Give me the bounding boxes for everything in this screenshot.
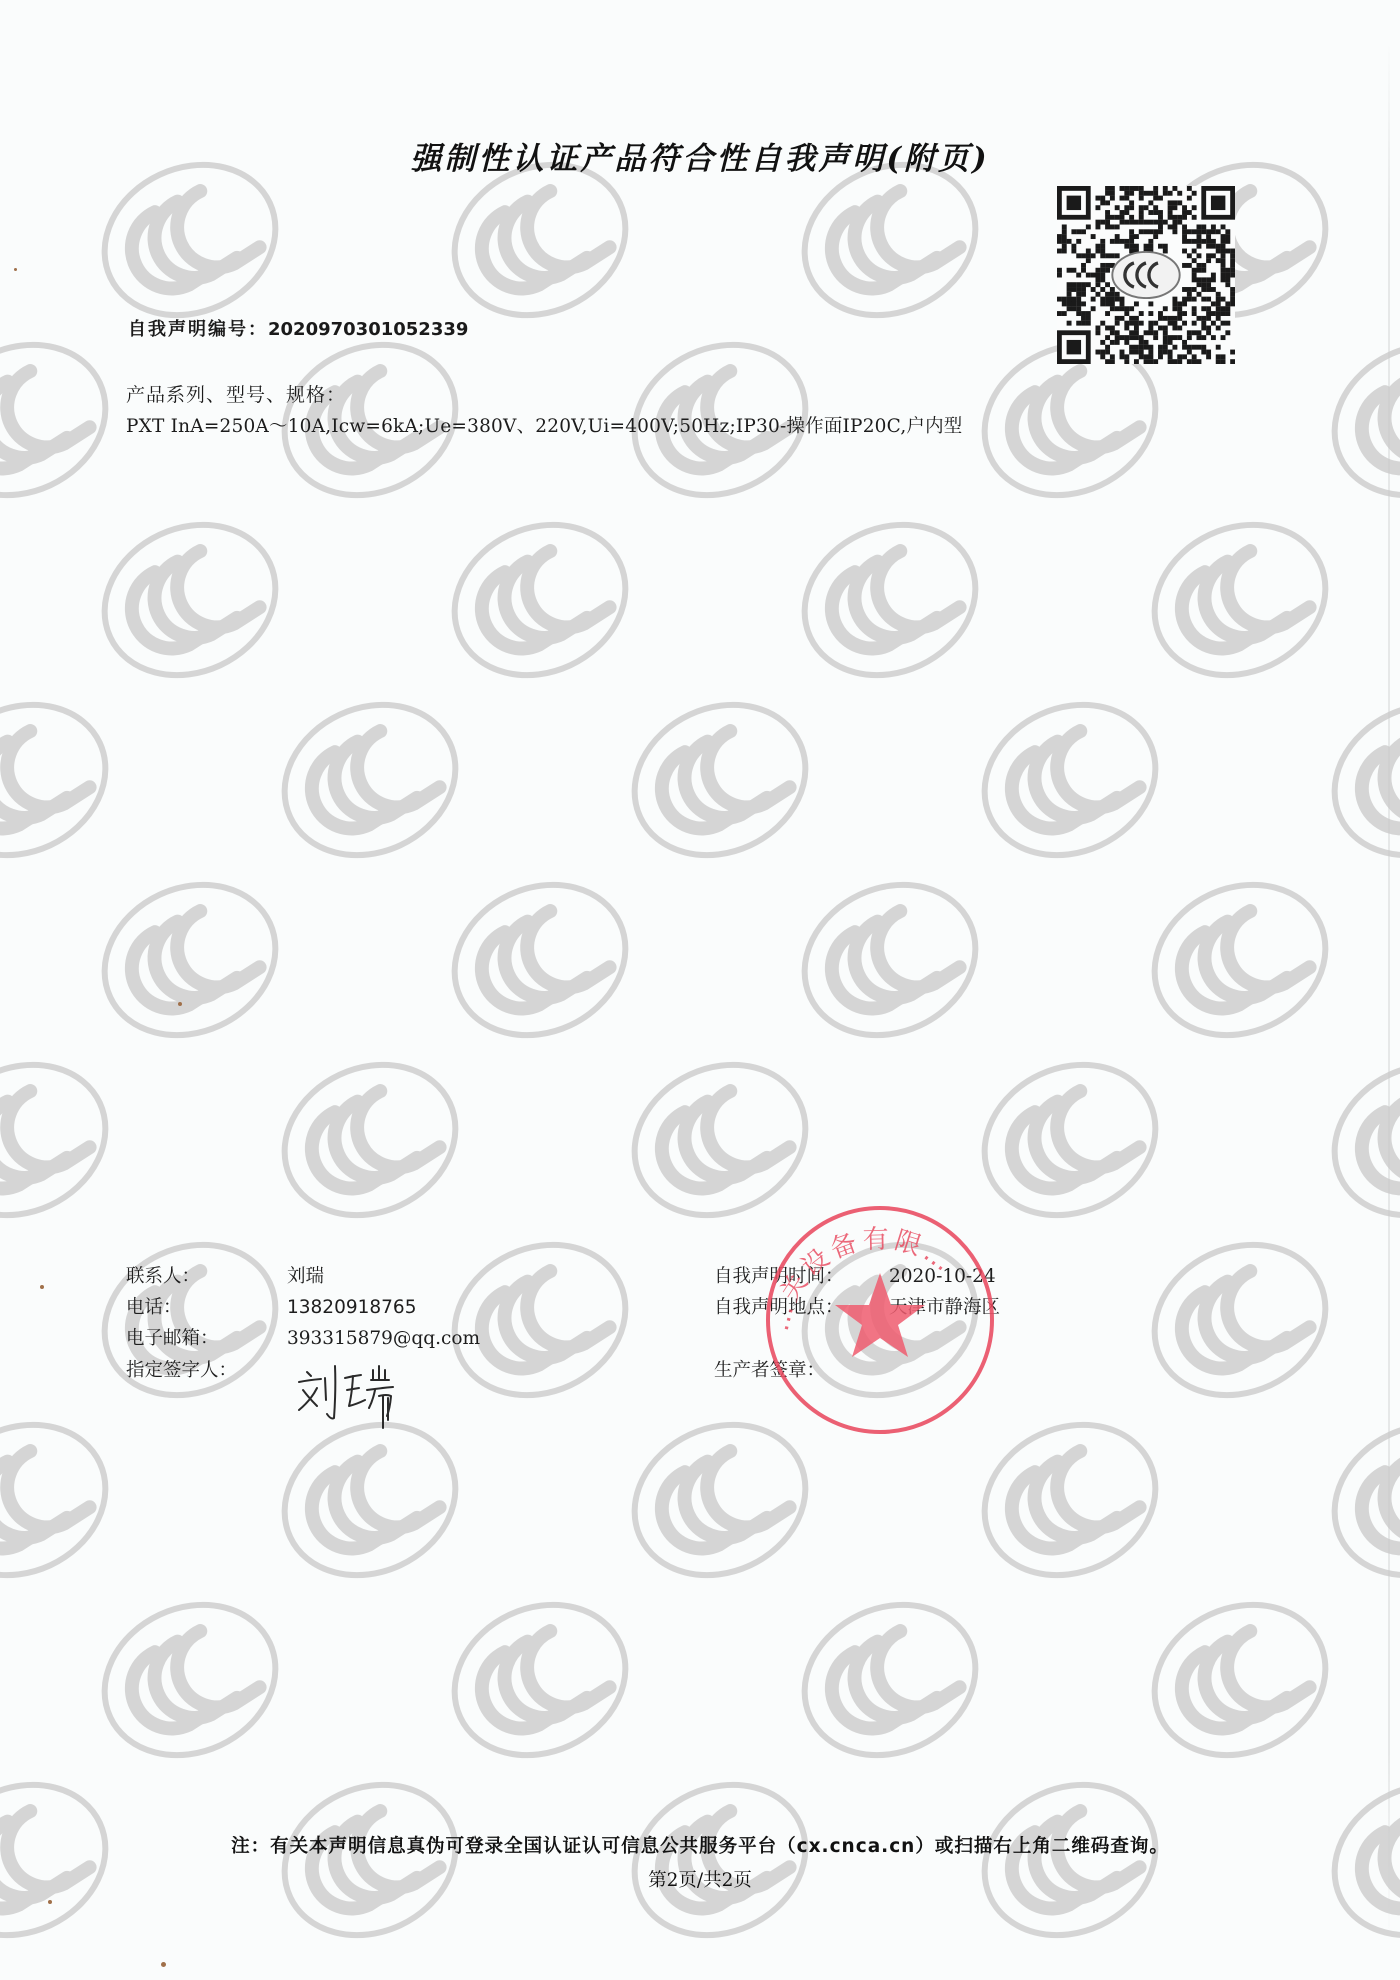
email-label: 电子邮箱： bbox=[126, 1324, 287, 1350]
contact-person: 刘瑞 bbox=[287, 1266, 324, 1287]
contact-person-label: 联系人： bbox=[126, 1262, 287, 1288]
ccc-logo-icon bbox=[1112, 252, 1179, 298]
page-number: 第2页/共2页 bbox=[0, 1866, 1400, 1892]
handwritten-signature bbox=[295, 1360, 415, 1430]
paper-speck bbox=[40, 1285, 44, 1289]
signatory-label: 指定签字人： bbox=[126, 1356, 287, 1382]
declaration-number-row: 自我声明编号：2020970301052339 bbox=[128, 315, 468, 341]
company-seal-stamp: …关设备有限… bbox=[755, 1195, 1005, 1445]
paper-speck bbox=[178, 1002, 182, 1006]
email-row: 电子邮箱：393315879@qq.com bbox=[126, 1324, 480, 1350]
phone: 13820918765 bbox=[287, 1297, 416, 1318]
paper-speck bbox=[14, 268, 17, 271]
declaration-number-label: 自我声明编号： bbox=[128, 319, 268, 340]
footer-note: 注：有关本声明信息真伪可登录全国认证认可信息公共服务平台（cx.cnca.cn）… bbox=[0, 1832, 1400, 1858]
signatory-row: 指定签字人： bbox=[126, 1356, 287, 1382]
paper-speck bbox=[161, 1962, 166, 1967]
qr-code[interactable] bbox=[1057, 186, 1235, 364]
email: 393315879@qq.com bbox=[287, 1328, 480, 1349]
document-page: 强制性认证产品符合性自我声明(附页) 自我声明编号：20209703010523… bbox=[0, 0, 1400, 1980]
phone-label: 电话： bbox=[126, 1293, 287, 1319]
seal-star-icon bbox=[835, 1273, 925, 1357]
product-spec-label: 产品系列、型号、规格： bbox=[126, 380, 346, 407]
page-edge bbox=[1388, 40, 1390, 1940]
product-spec-value: PXT InA=250A～10A,Icw=6kA;Ue=380V、220V,Ui… bbox=[126, 412, 963, 438]
phone-row: 电话：13820918765 bbox=[126, 1293, 416, 1319]
contact-person-row: 联系人：刘瑞 bbox=[126, 1262, 324, 1288]
paper-speck bbox=[48, 1900, 52, 1904]
declaration-number: 2020970301052339 bbox=[268, 319, 468, 340]
document-title: 强制性认证产品符合性自我声明(附页) bbox=[0, 133, 1400, 178]
